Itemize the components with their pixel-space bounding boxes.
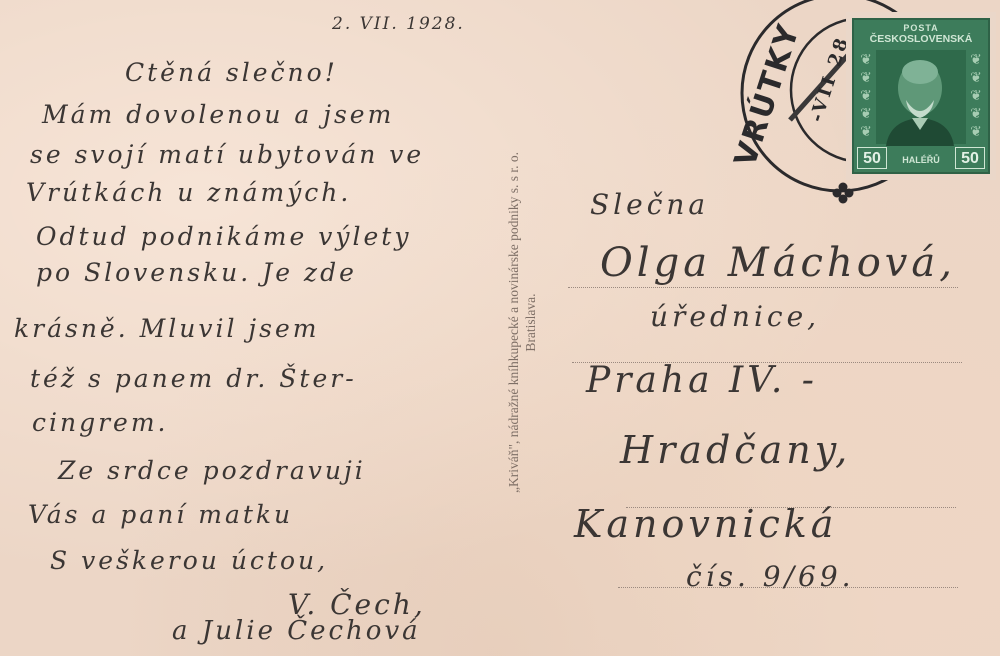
message-line: krásně. Mluvil jsem — [14, 314, 319, 343]
laurel-icon: ❦❦❦❦❦ — [968, 52, 984, 142]
message-line: S veškerou úctou, — [50, 546, 328, 575]
publisher-imprint: „Kriváň", nádražné kníhkupecké a novinár… — [505, 60, 539, 585]
publisher-imprint-line: „Kriváň", nádražné kníhkupecké a novinár… — [505, 60, 522, 585]
address-line: Hradčany, — [620, 428, 851, 472]
message-line: Ctěná slečno! — [125, 58, 338, 87]
message-line: po Slovensku. Je zde — [36, 258, 357, 287]
stamp-country: ČESKOSLOVENSKÁ — [854, 33, 988, 45]
message-line: Odtud podnikáme výlety — [36, 222, 411, 251]
publisher-imprint-line: Bratislava. — [522, 60, 539, 585]
message-line: cingrem. — [32, 408, 169, 437]
address-recipient: Olga Máchová, — [600, 240, 956, 286]
address-rule — [568, 287, 958, 288]
portrait-icon — [876, 50, 966, 144]
handwritten-date: 2. VII. 1928. — [332, 14, 465, 34]
address-number: čís. 9/69. — [686, 560, 855, 593]
address-line: Slečna — [590, 188, 709, 221]
message-line: Vrútkách u známých. — [26, 178, 351, 207]
message-line: též s panem dr. Šter- — [30, 364, 357, 393]
message-line: Ze srdce pozdravuji — [58, 456, 366, 485]
message-line: se svojí matí ubytován ve — [30, 140, 424, 169]
message-line: Vás a paní matku — [28, 500, 293, 529]
address-street: Kanovnická — [574, 502, 837, 546]
postcard-back: 2. VII. 1928. Ctěná slečno! Mám dovoleno… — [0, 0, 1000, 656]
signature: a Julie Čechová — [172, 616, 421, 646]
stamp-header: POSTA — [854, 23, 988, 33]
laurel-icon: ❦❦❦❦❦ — [858, 52, 874, 142]
postage-stamp: POSTA ČESKOSLOVENSKÁ ❦❦❦❦❦ ❦❦❦❦❦ 50 HALÉ… — [848, 14, 994, 178]
address-city: Praha IV. - — [586, 360, 818, 401]
stamp-value: 50 — [955, 147, 985, 169]
message-line: Mám dovolenou a jsem — [42, 100, 394, 129]
address-line: úřednice, — [650, 300, 820, 333]
